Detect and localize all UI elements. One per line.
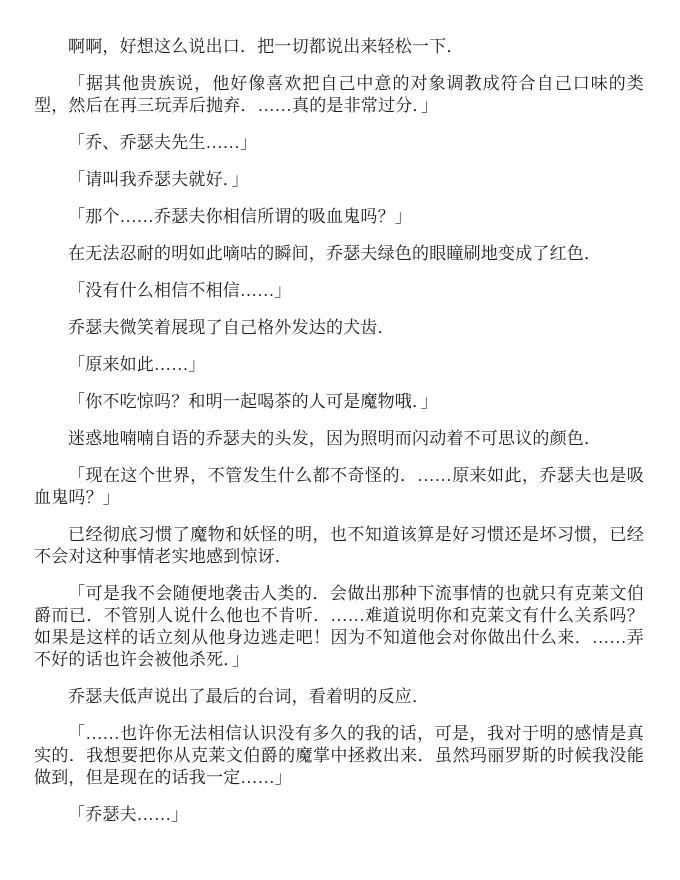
paragraph: 「你不吃惊吗？和明一起喝茶的人可是魔物哦．」 [34,391,644,413]
paragraph: 「原来如此……」 [34,354,644,376]
paragraph: 已经彻底习惯了魔物和妖怪的明，也不知道该算是好习惯还是坏习惯，已经不会对这种事情… [34,524,644,568]
paragraph: 乔瑟夫低声说出了最后的台词，看着明的反应． [34,686,644,708]
paragraph: 「没有什么相信不相信……」 [34,280,644,302]
paragraph: 「……也许你无法相信认识没有多久的我的话，可是，我对于明的感情是真实的．我想要把… [34,723,644,789]
paragraph: 「据其他贵族说，他好像喜欢把自己中意的对象调教成符合自己口味的类型，然后在再三玩… [34,73,644,117]
paragraph: 「可是我不会随便地袭击人类的．会做出那种下流事情的也就只有克莱文伯爵而已．不管别… [34,583,644,671]
paragraph: 乔瑟夫微笑着展现了自己格外发达的犬齿． [34,317,644,339]
paragraph: 「现在这个世界，不管发生什么都不奇怪的．……原来如此，乔瑟夫也是吸血鬼吗？」 [34,465,644,509]
paragraph: 「乔、乔瑟夫先生……」 [34,132,644,154]
paragraph: 「请叫我乔瑟夫就好．」 [34,169,644,191]
paragraph: 啊啊，好想这么说出口．把一切都说出来轻松一下． [34,36,644,58]
paragraph: 在无法忍耐的明如此嘀咕的瞬间，乔瑟夫绿色的眼瞳刷地变成了红色． [34,243,644,265]
document-page: 啊啊，好想这么说出口．把一切都说出来轻松一下． 「据其他贵族说，他好像喜欢把自己… [0,0,680,880]
paragraph: 「乔瑟夫……」 [34,804,644,826]
paragraph: 「那个……乔瑟夫你相信所谓的吸血鬼吗？」 [34,206,644,228]
paragraph: 迷惑地喃喃自语的乔瑟夫的头发，因为照明而闪动着不可思议的颜色． [34,428,644,450]
